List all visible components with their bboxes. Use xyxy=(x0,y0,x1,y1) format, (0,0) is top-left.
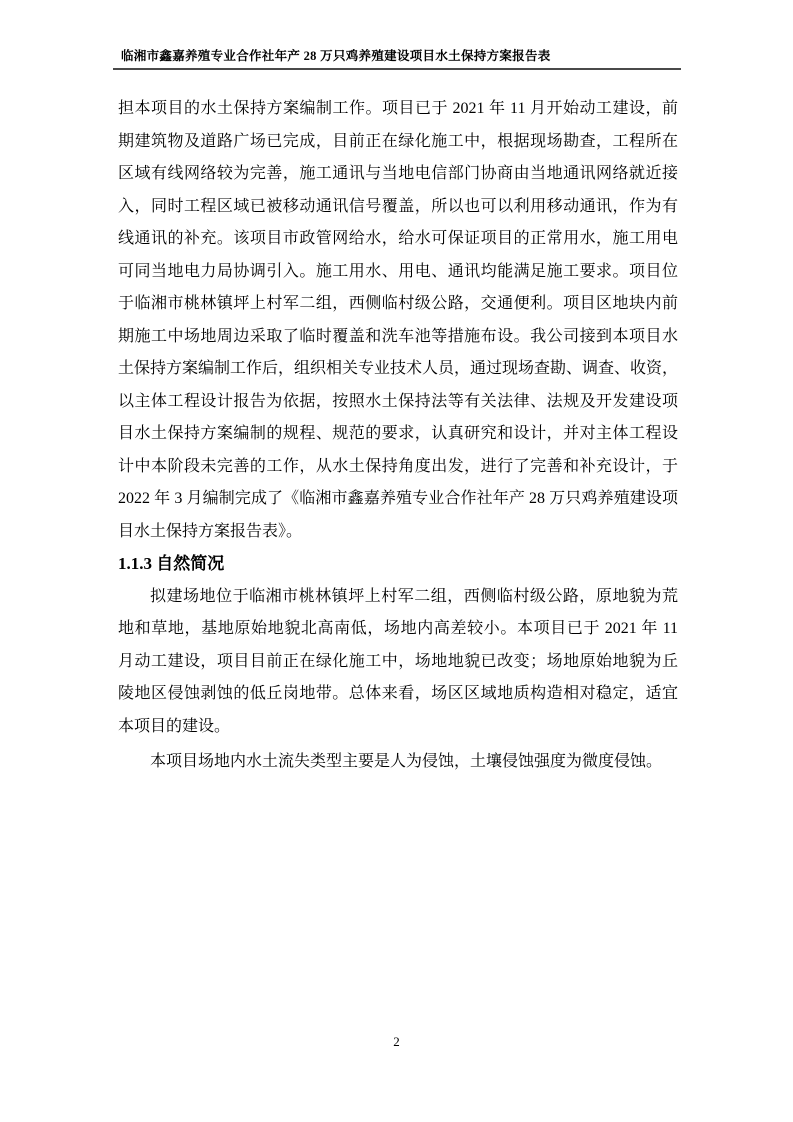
page-number: 2 xyxy=(393,1034,400,1049)
paragraph-2: 拟建场地位于临湘市桃林镇坪上村军二组，西侧临村级公路，原地貌为荒 地和草地，基地… xyxy=(118,581,678,744)
document-body: 担本项目的水土保持方案编制工作。项目已于 2021 年 11 月开始动工建设，前… xyxy=(118,93,678,779)
text-line: 拟建场地位于临湘市桃林镇坪上村军二组，西侧临村级公路，原地貌为荒 xyxy=(118,581,678,614)
text-line: 土保持方案编制工作后，组织相关专业技术人员，通过现场查勘、调查、收资， xyxy=(118,353,678,386)
text-line: 于临湘市桃林镇坪上村军二组，西侧临村级公路，交通便利。项目区地块内前 xyxy=(118,288,678,321)
text-line: 本项目场地内水土流失类型主要是人为侵蚀，土壤侵蚀强度为微度侵蚀。 xyxy=(118,746,678,779)
text-line: 入，同时工程区域已被移动通讯信号覆盖，所以也可以利用移动通讯，作为有 xyxy=(118,191,678,224)
text-line: 担本项目的水土保持方案编制工作。项目已于 2021 年 11 月开始动工建设，前 xyxy=(118,93,678,126)
text-line: 以主体工程设计报告为依据，按照水土保持法等有关法律、法规及开发建设项 xyxy=(118,386,678,419)
page-footer: 2 xyxy=(0,1033,793,1051)
paragraph-1: 担本项目的水土保持方案编制工作。项目已于 2021 年 11 月开始动工建设，前… xyxy=(118,93,678,548)
text-line: 期建筑物及道路广场已完成，目前正在绿化施工中，根据现场勘查，工程所在 xyxy=(118,126,678,159)
paragraph-3: 本项目场地内水土流失类型主要是人为侵蚀，土壤侵蚀强度为微度侵蚀。 xyxy=(118,746,678,779)
text-line: 2022 年 3 月编制完成了《临湘市鑫嘉养殖专业合作社年产 28 万只鸡养殖建… xyxy=(118,483,678,516)
text-line: 陵地区侵蚀剥蚀的低丘岗地带。总体来看，场区区域地质构造相对稳定，适宜 xyxy=(118,678,678,711)
text-line: 计中本阶段未完善的工作，从水土保持角度出发，进行了完善和补充设计，于 xyxy=(118,451,678,484)
text-line: 目水土保持方案编制的规程、规范的要求，认真研究和设计，并对主体工程设 xyxy=(118,418,678,451)
text-line: 线通讯的补充。该项目市政管网给水，给水可保证项目的正常用水，施工用电 xyxy=(118,223,678,256)
text-line: 地和草地，基地原始地貌北高南低，场地内高差较小。本项目已于 2021 年 11 xyxy=(118,613,678,646)
section-heading: 1.1.3 自然简况 xyxy=(118,548,678,581)
text-line: 区域有线网络较为完善，施工通讯与当地电信部门协商由当地通讯网络就近接 xyxy=(118,158,678,191)
text-line: 可同当地电力局协调引入。施工用水、用电、通讯均能满足施工要求。项目位 xyxy=(118,256,678,289)
header-title: 临湘市鑫嘉养殖专业合作社年产 28 万只鸡养殖建设项目水土保持方案报告表 xyxy=(113,48,681,64)
text-line: 期施工中场地周边采取了临时覆盖和洗车池等措施布设。我公司接到本项目水 xyxy=(118,321,678,354)
text-line: 月动工建设，项目目前正在绿化施工中，场地地貌已改变；场地原始地貌为丘 xyxy=(118,646,678,679)
text-line: 目水土保持方案报告表》。 xyxy=(118,516,678,549)
text-line: 本项目的建设。 xyxy=(118,711,678,744)
page-header: 临湘市鑫嘉养殖专业合作社年产 28 万只鸡养殖建设项目水土保持方案报告表 xyxy=(113,48,681,70)
document-page: 临湘市鑫嘉养殖专业合作社年产 28 万只鸡养殖建设项目水土保持方案报告表 担本项… xyxy=(0,0,793,1122)
